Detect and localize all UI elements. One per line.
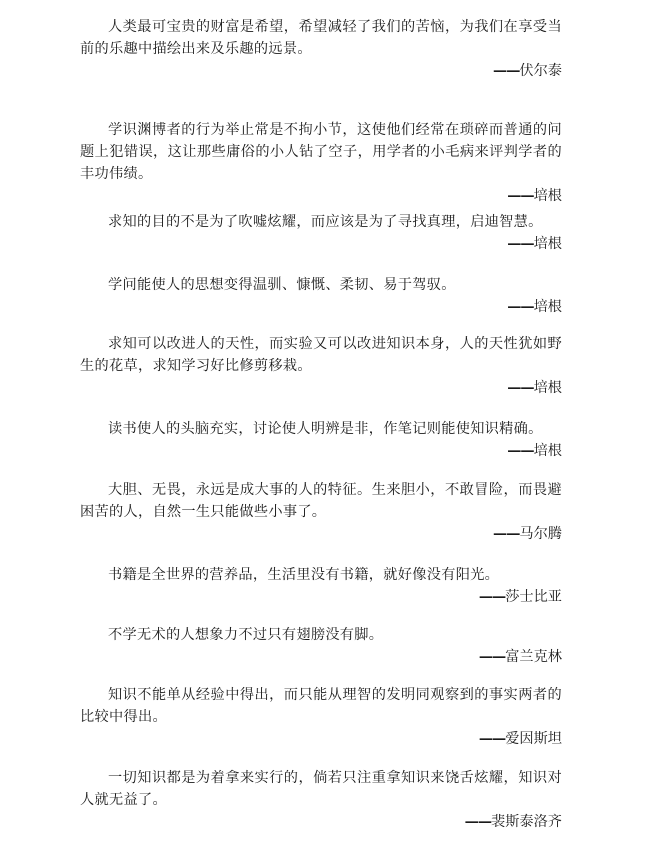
quote-text: 读书使人的头脑充实，讨论使人明辨是非，作笔记则能使知识精确。 xyxy=(80,418,562,440)
quote-block: 一切知识都是为着拿来实行的，倘若只注重拿知识来饶舌炫耀，知识对人就无益了。 ——… xyxy=(80,767,562,833)
quote-author: 培根 xyxy=(534,299,562,315)
quote-attribution: ——爱因斯坦 xyxy=(80,728,562,750)
quote-attribution: ——莎士比亚 xyxy=(80,586,562,608)
quote-attribution: ——培根 xyxy=(80,233,562,255)
quote-attribution: ——培根 xyxy=(80,296,562,318)
quote-block: 求知可以改进人的天性，而实验又可以改进知识本身，人的天性犹如野生的花草，求知学习… xyxy=(80,333,562,399)
em-dash: —— xyxy=(479,728,505,750)
quote-text: 一切知识都是为着拿来实行的，倘若只注重拿知识来饶舌炫耀，知识对人就无益了。 xyxy=(80,767,562,811)
quote-text: 学问能使人的思想变得温驯、慷慨、柔韧、易于驾驭。 xyxy=(80,274,562,296)
quote-author: 培根 xyxy=(534,443,562,459)
quote-text: 求知可以改进人的天性，而实验又可以改进知识本身，人的天性犹如野生的花草，求知学习… xyxy=(80,333,562,377)
quote-attribution: ——伏尔泰 xyxy=(80,60,562,82)
quote-attribution: ——裴斯泰洛齐 xyxy=(80,811,562,833)
quote-text: 人类最可宝贵的财富是希望，希望减轻了我们的苦恼，为我们在享受当前的乐趣中描绘出来… xyxy=(80,16,562,60)
quote-author: 裴斯泰洛齐 xyxy=(491,814,562,830)
quote-author: 培根 xyxy=(534,380,562,396)
quote-text: 大胆、无畏，永远是成大事的人的特征。生来胆小，不敢冒险，而畏避困苦的人，自然一生… xyxy=(80,479,562,523)
quote-text: 知识不能单从经验中得出，而只能从理智的发明同观察到的事实两者的比较中得出。 xyxy=(80,684,562,728)
quote-block: 大胆、无畏，永远是成大事的人的特征。生来胆小，不敢冒险，而畏避困苦的人，自然一生… xyxy=(80,479,562,545)
em-dash: —— xyxy=(507,440,533,462)
quote-block: 求知的目的不是为了吹嘘炫耀，而应该是为了寻找真理，启迪智慧。 ——培根 xyxy=(80,211,562,255)
em-dash: —— xyxy=(465,811,491,833)
quote-attribution: ——培根 xyxy=(80,377,562,399)
em-dash: —— xyxy=(507,185,533,207)
em-dash: —— xyxy=(507,233,533,255)
quote-author: 伏尔泰 xyxy=(519,63,562,79)
em-dash: —— xyxy=(493,523,519,545)
quote-attribution: ——马尔腾 xyxy=(80,523,562,545)
quote-block: 不学无术的人想象力不过只有翅膀没有脚。 ——富兰克林 xyxy=(80,624,562,668)
quote-attribution: ——培根 xyxy=(80,440,562,462)
em-dash: —— xyxy=(507,296,533,318)
quote-block: 学问能使人的思想变得温驯、慷慨、柔韧、易于驾驭。 ——培根 xyxy=(80,274,562,318)
quote-block: 书籍是全世界的营养品，生活里没有书籍，就好像没有阳光。 ——莎士比亚 xyxy=(80,564,562,608)
quote-author: 爱因斯坦 xyxy=(505,731,562,747)
quote-text: 学识渊博者的行为举止常是不拘小节，这使他们经常在琐碎而普通的问题上犯错误，这让那… xyxy=(80,119,562,185)
quote-author: 培根 xyxy=(534,236,562,252)
quote-block: 人类最可宝贵的财富是希望，希望减轻了我们的苦恼，为我们在享受当前的乐趣中描绘出来… xyxy=(80,16,562,82)
quote-attribution: ——培根 xyxy=(80,185,562,207)
quote-author: 富兰克林 xyxy=(505,649,562,665)
quote-block: 读书使人的头脑充实，讨论使人明辨是非，作笔记则能使知识精确。 ——培根 xyxy=(80,418,562,462)
em-dash: —— xyxy=(507,377,533,399)
quote-text: 求知的目的不是为了吹嘘炫耀，而应该是为了寻找真理，启迪智慧。 xyxy=(80,211,562,233)
quote-attribution: ——富兰克林 xyxy=(80,646,562,668)
quote-text: 书籍是全世界的营养品，生活里没有书籍，就好像没有阳光。 xyxy=(80,564,562,586)
em-dash: —— xyxy=(479,646,505,668)
quote-author: 马尔腾 xyxy=(519,526,562,542)
quote-author: 培根 xyxy=(534,188,562,204)
quote-text: 不学无术的人想象力不过只有翅膀没有脚。 xyxy=(80,624,562,646)
quote-author: 莎士比亚 xyxy=(505,589,562,605)
em-dash: —— xyxy=(493,60,519,82)
quote-block: 学识渊博者的行为举止常是不拘小节，这使他们经常在琐碎而普通的问题上犯错误，这让那… xyxy=(80,119,562,207)
em-dash: —— xyxy=(479,586,505,608)
quote-block: 知识不能单从经验中得出，而只能从理智的发明同观察到的事实两者的比较中得出。 ——… xyxy=(80,684,562,750)
